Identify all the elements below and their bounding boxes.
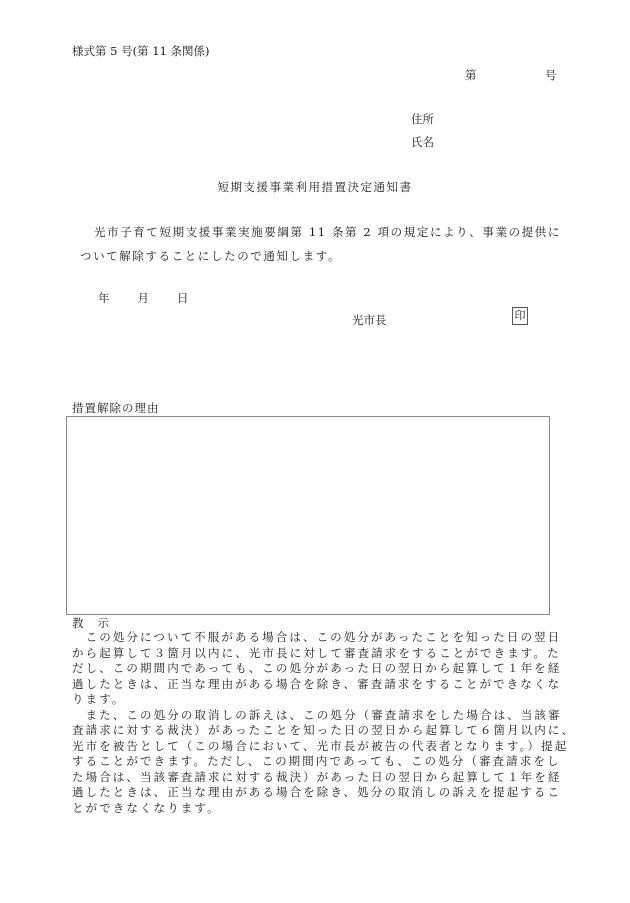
year-label: 年 bbox=[98, 290, 110, 306]
instruction-line: 査請求に対する裁決）があったことを知った日の翌日から起算して６箇月以内に、 bbox=[72, 723, 562, 739]
instruction-text: この処分について不服がある場合は、この処分があったことを知った日の翌日 から起算… bbox=[72, 630, 562, 816]
seal-stamp-box: 印 bbox=[512, 307, 528, 325]
document-title: 短期支援事業利用措置決定通知書 bbox=[0, 179, 630, 195]
body-paragraph: 光市子育て短期支援事業実施要綱第 11 条第 2 項の規定により、事業の提供に … bbox=[80, 220, 564, 268]
address-label: 住所 bbox=[411, 111, 434, 127]
instruction-line: また、この処分の取消しの訴えは、この処分（審査請求をした場合は、当該審 bbox=[72, 708, 562, 724]
instruction-line: ります。 bbox=[72, 692, 562, 708]
instruction-label-part1: 教 bbox=[72, 616, 84, 630]
issuer-name: 光市長 bbox=[352, 312, 387, 328]
body-line-1-text: 光市子育て短期支援事業実施要綱第 11 条第 2 項の規定により、事業の提供に bbox=[94, 225, 561, 239]
instruction-line: 過したときは、正当な理由がある場合を除き、処分の取消しの訴えを提起するこ bbox=[72, 785, 562, 801]
instruction-line: 過したときは、正当な理由がある場合を除き、審査請求をすることができなくな bbox=[72, 677, 562, 693]
instruction-line: た場合は、当該審査請求に対する裁決）があった日の翌日から起算して１年を経 bbox=[72, 770, 562, 786]
body-line-2: ついて解除することにしたので通知します。 bbox=[80, 249, 341, 263]
reason-box bbox=[66, 416, 550, 615]
instruction-line: 光市を被告として（この場合において、光市長が被告の代表者となります。）提起 bbox=[72, 739, 562, 755]
body-line-1: 光市子育て短期支援事業実施要綱第 11 条第 2 項の規定により、事業の提供に bbox=[80, 225, 561, 239]
instruction-line: だし、この期間内であっても、この処分があった日の翌日から起算して１年を経 bbox=[72, 661, 562, 677]
instruction-line: とができなくなります。 bbox=[72, 801, 562, 817]
instruction-line: この処分について不服がある場合は、この処分があったことを知った日の翌日 bbox=[72, 630, 562, 646]
form-number: 様式第 5 号(第 11 条関係) bbox=[72, 43, 210, 59]
instruction-line: することができます。ただし、この期間内であっても、この処分（審査請求をし bbox=[72, 754, 562, 770]
instruction-label: 教示 bbox=[72, 615, 109, 631]
month-label: 月 bbox=[138, 290, 150, 306]
name-label: 氏名 bbox=[411, 134, 434, 150]
instruction-label-part2: 示 bbox=[98, 616, 110, 630]
doc-number-prefix: 第 bbox=[465, 67, 477, 83]
reason-label: 措置解除の理由 bbox=[72, 400, 160, 416]
date-line: 年月日 bbox=[98, 290, 189, 306]
doc-number-suffix: 号 bbox=[545, 67, 557, 83]
day-label: 日 bbox=[177, 290, 189, 306]
instruction-line: から起算して３箇月以内に、光市長に対して審査請求をすることができます。た bbox=[72, 646, 562, 662]
